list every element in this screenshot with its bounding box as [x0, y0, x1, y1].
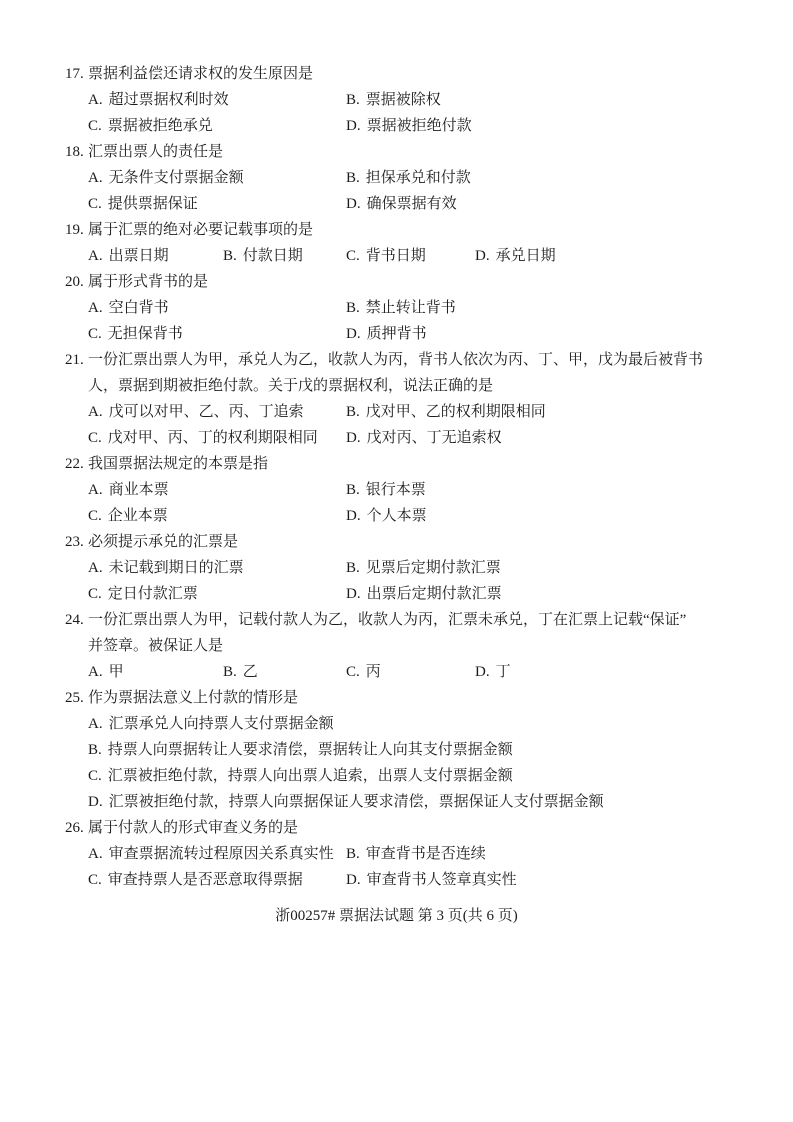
option-group: A.出票日期B.付款日期C.背书日期D.承兑日期	[65, 243, 737, 269]
option-text: 乙	[243, 664, 258, 680]
option-label: B.	[346, 300, 360, 316]
option-text: 提供票据保证	[108, 196, 198, 212]
option-text: 超过票据权利时效	[109, 92, 229, 108]
option-label: D.	[346, 430, 361, 446]
page-footer: 浙00257# 票据法试题 第 3 页(共 6 页)	[0, 903, 793, 929]
option-B: B.付款日期	[223, 243, 346, 269]
option-text: 禁止转让背书	[366, 300, 456, 316]
question-number: 21.	[65, 347, 88, 373]
question-stem-line: 25.作为票据法意义上付款的情形是	[65, 685, 737, 711]
option-text: 汇票被拒绝付款，持票人向票据保证人要求清偿，票据保证人支付票据金额	[109, 794, 604, 810]
option-label: B.	[346, 846, 360, 862]
question-20: 20.属于形式背书的是A.空白背书B.禁止转让背书C.无担保背书D.质押背书	[65, 269, 737, 347]
option-C: C.定日付款汇票	[88, 581, 346, 607]
option-B: B.戊对甲、乙的权利期限相同	[346, 399, 737, 425]
option-C: C.无担保背书	[88, 321, 346, 347]
question-stem-text: 一份汇票出票人为甲，记载付款人为乙，收款人为丙，汇票未承兑，丁在汇票上记载“保证…	[88, 612, 686, 628]
question-number: 26.	[65, 815, 88, 841]
option-label: A.	[88, 560, 103, 576]
question-stem-line-continued: 并签章。被保证人是	[65, 633, 737, 659]
option-text: 确保票据有效	[367, 196, 457, 212]
question-stem-text: 属于付款人的形式审查义务的是	[88, 820, 298, 836]
question-number: 20.	[65, 269, 88, 295]
question-stem-text: 汇票出票人的责任是	[88, 144, 223, 160]
question-stem-text: 人，票据到期被拒绝付款。关于戊的票据权利，说法正确的是	[88, 378, 493, 394]
option-A: A.商业本票	[88, 477, 346, 503]
question-stem-text: 票据利益偿还请求权的发生原因是	[88, 66, 313, 82]
option-B: B.票据被除权	[346, 87, 737, 113]
option-group: A.无条件支付票据金额B.担保承兑和付款C.提供票据保证D.确保票据有效	[65, 165, 737, 217]
question-number: 23.	[65, 529, 88, 555]
question-stem-line: 22.我国票据法规定的本票是指	[65, 451, 737, 477]
option-D: D.出票后定期付款汇票	[346, 581, 737, 607]
option-label: A.	[88, 482, 103, 498]
option-C: C.背书日期	[346, 243, 475, 269]
option-D: D.质押背书	[346, 321, 737, 347]
option-text: 审查背书是否连续	[366, 846, 486, 862]
option-A: A.审查票据流转过程原因关系真实性	[88, 841, 346, 867]
option-C: C.票据被拒绝承兑	[88, 113, 346, 139]
question-stem-text: 我国票据法规定的本票是指	[88, 456, 268, 472]
option-C: C.汇票被拒绝付款，持票人向出票人追索，出票人支付票据金额	[88, 763, 737, 789]
question-list: 17.票据利益偿还请求权的发生原因是A.超过票据权利时效B.票据被除权C.票据被…	[65, 61, 737, 893]
option-text: 丁	[496, 664, 511, 680]
option-D: D.汇票被拒绝付款，持票人向票据保证人要求清偿，票据保证人支付票据金额	[88, 789, 737, 815]
question-stem-line: 17.票据利益偿还请求权的发生原因是	[65, 61, 737, 87]
option-A: A.超过票据权利时效	[88, 87, 346, 113]
question-18: 18.汇票出票人的责任是A.无条件支付票据金额B.担保承兑和付款C.提供票据保证…	[65, 139, 737, 217]
option-label: C.	[88, 508, 102, 524]
option-B: B.持票人向票据转让人要求清偿，票据转让人向其支付票据金额	[88, 737, 737, 763]
question-26: 26.属于付款人的形式审查义务的是A.审查票据流转过程原因关系真实性B.审查背书…	[65, 815, 737, 893]
option-text: 见票后定期付款汇票	[366, 560, 501, 576]
option-text: 汇票承兑人向持票人支付票据金额	[109, 716, 334, 732]
option-D: D.丁	[475, 659, 737, 685]
question-stem-line: 18.汇票出票人的责任是	[65, 139, 737, 165]
option-label: B.	[223, 248, 237, 264]
option-label: A.	[88, 170, 103, 186]
question-25: 25.作为票据法意义上付款的情形是A.汇票承兑人向持票人支付票据金额B.持票人向…	[65, 685, 737, 815]
option-text: 戊对甲、丙、丁的权利期限相同	[108, 430, 318, 446]
option-label: A.	[88, 846, 103, 862]
option-label: D.	[475, 664, 490, 680]
question-number: 17.	[65, 61, 88, 87]
option-label: C.	[88, 118, 102, 134]
question-stem-text: 必须提示承兑的汇票是	[88, 534, 238, 550]
option-label: D.	[475, 248, 490, 264]
option-A: A.甲	[88, 659, 223, 685]
question-stem-text: 属于汇票的绝对必要记载事项的是	[88, 222, 313, 238]
option-label: A.	[88, 716, 103, 732]
option-A: A.空白背书	[88, 295, 346, 321]
question-number: 19.	[65, 217, 88, 243]
option-label: B.	[346, 560, 360, 576]
option-D: D.票据被拒绝付款	[346, 113, 737, 139]
option-D: D.承兑日期	[475, 243, 737, 269]
option-D: D.个人本票	[346, 503, 737, 529]
option-label: B.	[223, 664, 237, 680]
option-group: A.空白背书B.禁止转让背书C.无担保背书D.质押背书	[65, 295, 737, 347]
option-text: 戊对丙、丁无追索权	[367, 430, 502, 446]
option-text: 企业本票	[108, 508, 168, 524]
option-label: D.	[346, 196, 361, 212]
option-text: 承兑日期	[496, 248, 556, 264]
option-text: 商业本票	[109, 482, 169, 498]
question-stem-line: 23.必须提示承兑的汇票是	[65, 529, 737, 555]
question-19: 19.属于汇票的绝对必要记载事项的是A.出票日期B.付款日期C.背书日期D.承兑…	[65, 217, 737, 269]
option-text: 票据被除权	[366, 92, 441, 108]
option-text: 审查持票人是否恶意取得票据	[108, 872, 303, 888]
option-label: D.	[346, 118, 361, 134]
option-label: B.	[346, 482, 360, 498]
option-B: B.乙	[223, 659, 346, 685]
option-label: C.	[346, 248, 360, 264]
option-C: C.丙	[346, 659, 475, 685]
option-label: C.	[88, 430, 102, 446]
option-text: 担保承兑和付款	[366, 170, 471, 186]
question-number: 24.	[65, 607, 88, 633]
question-stem-text: 一份汇票出票人为甲，承兑人为乙，收款人为丙，背书人依次为丙、丁、甲，戊为最后被背…	[88, 352, 703, 368]
footer-text: 浙00257# 票据法试题 第 3 页(共 6 页)	[275, 908, 518, 924]
option-B: B.见票后定期付款汇票	[346, 555, 737, 581]
question-24: 24.一份汇票出票人为甲，记载付款人为乙，收款人为丙，汇票未承兑，丁在汇票上记载…	[65, 607, 737, 685]
option-text: 出票后定期付款汇票	[367, 586, 502, 602]
option-B: B.担保承兑和付款	[346, 165, 737, 191]
option-text: 审查票据流转过程原因关系真实性	[109, 846, 334, 862]
option-label: A.	[88, 404, 103, 420]
option-text: 出票日期	[109, 248, 169, 264]
option-text: 无条件支付票据金额	[109, 170, 244, 186]
option-group: A.戊可以对甲、乙、丙、丁追索B.戊对甲、乙的权利期限相同C.戊对甲、丙、丁的权…	[65, 399, 737, 451]
option-label: A.	[88, 664, 103, 680]
option-B: B.审查背书是否连续	[346, 841, 737, 867]
option-text: 戊可以对甲、乙、丙、丁追索	[109, 404, 304, 420]
option-label: B.	[346, 404, 360, 420]
option-label: D.	[88, 794, 103, 810]
option-text: 质押背书	[367, 326, 427, 342]
option-label: B.	[346, 170, 360, 186]
question-stem-line: 24.一份汇票出票人为甲，记载付款人为乙，收款人为丙，汇票未承兑，丁在汇票上记载…	[65, 607, 737, 633]
option-label: C.	[88, 326, 102, 342]
question-number: 22.	[65, 451, 88, 477]
option-B: B.银行本票	[346, 477, 737, 503]
option-text: 票据被拒绝付款	[367, 118, 472, 134]
question-stem-line-continued: 人，票据到期被拒绝付款。关于戊的票据权利，说法正确的是	[65, 373, 737, 399]
exam-document-page: 17.票据利益偿还请求权的发生原因是A.超过票据权利时效B.票据被除权C.票据被…	[0, 0, 793, 1122]
option-label: D.	[346, 586, 361, 602]
option-C: C.提供票据保证	[88, 191, 346, 217]
option-text: 戊对甲、乙的权利期限相同	[366, 404, 546, 420]
option-group: A.未记载到期日的汇票B.见票后定期付款汇票C.定日付款汇票D.出票后定期付款汇…	[65, 555, 737, 607]
question-number: 25.	[65, 685, 88, 711]
question-stem-line: 19.属于汇票的绝对必要记载事项的是	[65, 217, 737, 243]
question-stem-text: 作为票据法意义上付款的情形是	[88, 690, 298, 706]
option-C: C.企业本票	[88, 503, 346, 529]
option-text: 持票人向票据转让人要求清偿，票据转让人向其支付票据金额	[108, 742, 513, 758]
option-B: B.禁止转让背书	[346, 295, 737, 321]
option-label: D.	[346, 508, 361, 524]
option-label: D.	[346, 872, 361, 888]
option-label: A.	[88, 300, 103, 316]
question-stem-line: 26.属于付款人的形式审查义务的是	[65, 815, 737, 841]
option-text: 票据被拒绝承兑	[108, 118, 213, 134]
option-label: C.	[88, 872, 102, 888]
option-text: 无担保背书	[108, 326, 183, 342]
option-text: 汇票被拒绝付款，持票人向出票人追索，出票人支付票据金额	[108, 768, 513, 784]
question-21: 21.一份汇票出票人为甲，承兑人为乙，收款人为丙，背书人依次为丙、丁、甲，戊为最…	[65, 347, 737, 451]
option-label: A.	[88, 92, 103, 108]
option-label: B.	[346, 92, 360, 108]
option-label: B.	[88, 742, 102, 758]
option-text: 审查背书人签章真实性	[367, 872, 517, 888]
question-17: 17.票据利益偿还请求权的发生原因是A.超过票据权利时效B.票据被除权C.票据被…	[65, 61, 737, 139]
option-label: D.	[346, 326, 361, 342]
question-stem-text: 并签章。被保证人是	[88, 638, 223, 654]
option-A: A.出票日期	[88, 243, 223, 269]
option-D: D.戊对丙、丁无追索权	[346, 425, 737, 451]
option-label: A.	[88, 248, 103, 264]
option-label: C.	[88, 586, 102, 602]
option-text: 定日付款汇票	[108, 586, 198, 602]
option-text: 甲	[109, 664, 124, 680]
option-A: A.无条件支付票据金额	[88, 165, 346, 191]
option-label: C.	[88, 768, 102, 784]
option-text: 未记载到期日的汇票	[109, 560, 244, 576]
option-group: A.超过票据权利时效B.票据被除权C.票据被拒绝承兑D.票据被拒绝付款	[65, 87, 737, 139]
option-text: 付款日期	[243, 248, 303, 264]
option-text: 空白背书	[109, 300, 169, 316]
option-group: A.汇票承兑人向持票人支付票据金额B.持票人向票据转让人要求清偿，票据转让人向其…	[65, 711, 737, 815]
option-D: D.审查背书人签章真实性	[346, 867, 737, 893]
question-23: 23.必须提示承兑的汇票是A.未记载到期日的汇票B.见票后定期付款汇票C.定日付…	[65, 529, 737, 607]
option-C: C.审查持票人是否恶意取得票据	[88, 867, 346, 893]
option-C: C.戊对甲、丙、丁的权利期限相同	[88, 425, 346, 451]
option-A: A.汇票承兑人向持票人支付票据金额	[88, 711, 737, 737]
option-A: A.戊可以对甲、乙、丙、丁追索	[88, 399, 346, 425]
question-stem-text: 属于形式背书的是	[88, 274, 208, 290]
option-text: 丙	[366, 664, 381, 680]
option-label: C.	[346, 664, 360, 680]
option-D: D.确保票据有效	[346, 191, 737, 217]
question-22: 22.我国票据法规定的本票是指A.商业本票B.银行本票C.企业本票D.个人本票	[65, 451, 737, 529]
question-number: 18.	[65, 139, 88, 165]
question-stem-line: 20.属于形式背书的是	[65, 269, 737, 295]
option-group: A.甲B.乙C.丙D.丁	[65, 659, 737, 685]
option-text: 银行本票	[366, 482, 426, 498]
option-label: C.	[88, 196, 102, 212]
option-group: A.审查票据流转过程原因关系真实性B.审查背书是否连续C.审查持票人是否恶意取得…	[65, 841, 737, 893]
option-A: A.未记载到期日的汇票	[88, 555, 346, 581]
question-stem-line: 21.一份汇票出票人为甲，承兑人为乙，收款人为丙，背书人依次为丙、丁、甲，戊为最…	[65, 347, 737, 373]
option-group: A.商业本票B.银行本票C.企业本票D.个人本票	[65, 477, 737, 529]
option-text: 个人本票	[367, 508, 427, 524]
option-text: 背书日期	[366, 248, 426, 264]
